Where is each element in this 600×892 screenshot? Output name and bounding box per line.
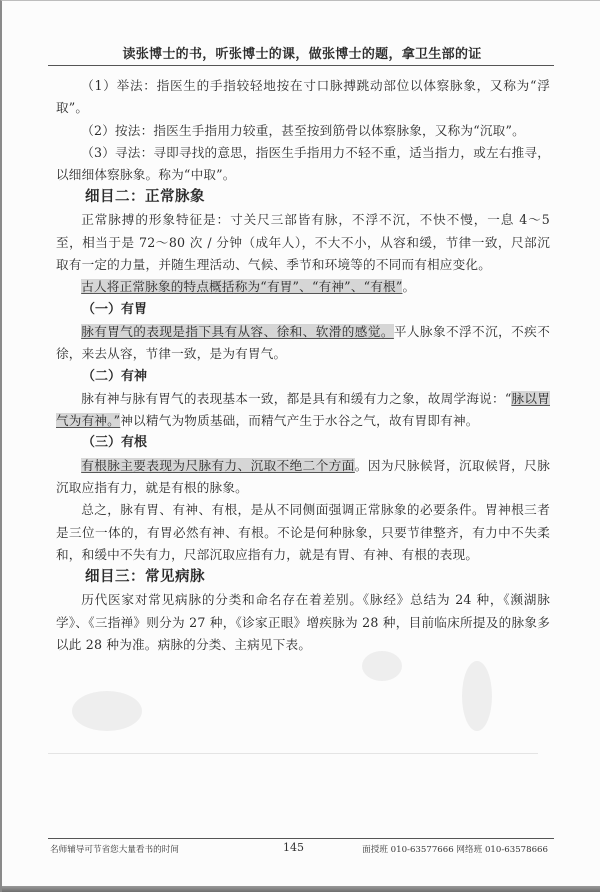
subheading-stomach-qi: （一）有胃 (56, 299, 550, 321)
footer-slogan: 名师辅导可节省您大量看书的时间 (50, 843, 179, 855)
paragraph-spirit: 脉有神与脉有胃气的表现基本一致，都是具有和缓有力之象，故周学海说：“脉以胃气为有… (56, 388, 550, 433)
paragraph-normal-pulse-features: 正常脉搏的形象特征是：寸关尺三部皆有脉，不浮不沉，不快不慢，一息 4～5 至，相… (56, 209, 550, 276)
text-span: 。 (402, 279, 415, 294)
paragraph-root: 有根脉主要表现为尺脉有力、沉取不绝二个方面。因为尺脉候肾，沉取候肾，尺脉沉取应指… (56, 455, 550, 500)
header-rule (48, 65, 554, 66)
scan-noise (72, 691, 142, 731)
page-bottom-edge (2, 886, 600, 892)
paragraph-stomach-qi: 脉有胃气的表现是指下具有从容、徐和、软滑的感觉。平人脉象不浮不沉，不疾不徐，来去… (56, 321, 550, 366)
subheading-spirit: （二）有神 (56, 366, 550, 388)
scanned-page: 读张博士的书，听张博士的课，做张博士的题，拿卫生部的证 （1）举法：指医生的手指… (0, 0, 600, 892)
paragraph-pulse-classification: 历代医家对常见病脉的分类和命名存在着差别。《脉经》总结为 24 种，《濒湖脉学》… (56, 589, 550, 656)
highlighted-text: 有根脉主要表现为尺脉有力、沉取不绝二个方面 (81, 458, 355, 473)
text-span: 脉有神与脉有胃气的表现基本一致，都是具有和缓有力之象，故周学海说：“ (81, 391, 511, 406)
paragraph-search-method: （3）寻法：寻即寻找的意思，指医生手指用力不轻不重，适当指力，或左右推寻，以细细… (56, 142, 550, 187)
section-heading-normal-pulse: 细目二：正常脉象 (56, 186, 550, 209)
highlighted-text: 古人将正常脉象的特点概括称为“有胃”、“有神”、“有根” (81, 279, 402, 294)
page-footer: 名师辅导可节省您大量看书的时间 145 面授班 010-63577666 网络班… (48, 842, 554, 858)
paragraph-lift-method: （1）举法：指医生的手指较轻地按在寸口脉搏跳动部位以体察脉象，又称为“浮取”。 (56, 75, 550, 120)
subheading-root: （三）有根 (56, 432, 550, 454)
section-heading-common-pathological-pulse: 细目三：常见病脉 (56, 566, 550, 589)
scan-noise (362, 651, 402, 681)
paragraph-three-characteristics: 古人将正常脉象的特点概括称为“有胃”、“有神”、“有根”。 (56, 276, 550, 298)
highlighted-text: 脉有胃气的表现是指下具有从容、徐和、软滑的感觉。 (81, 324, 394, 339)
page-number: 145 (283, 841, 304, 854)
page-body: （1）举法：指医生的手指较轻地按在寸口脉搏跳动部位以体察脉象，又称为“浮取”。 … (56, 75, 550, 656)
paragraph-press-method: （2）按法：指医生手指用力较重，甚至按到筋骨以体察脉象，又称为“沉取”。 (56, 120, 550, 142)
faint-scan-line (48, 753, 538, 754)
scan-noise (462, 661, 492, 731)
text-span: 神以精气为物质基础，而精气产生于水谷之气，故有胃即有神。 (120, 413, 478, 428)
paragraph-summary: 总之，脉有胃、有神、有根，是从不同侧面强调正常脉象的必要条件。胃神根三者是三位一… (56, 499, 550, 566)
footer-contact: 面授班 010-63577666 网络班 010-63578666 (362, 843, 548, 855)
running-header: 读张博士的书，听张博士的课，做张博士的题，拿卫生部的证 (48, 43, 556, 62)
footer-rule (48, 838, 554, 839)
